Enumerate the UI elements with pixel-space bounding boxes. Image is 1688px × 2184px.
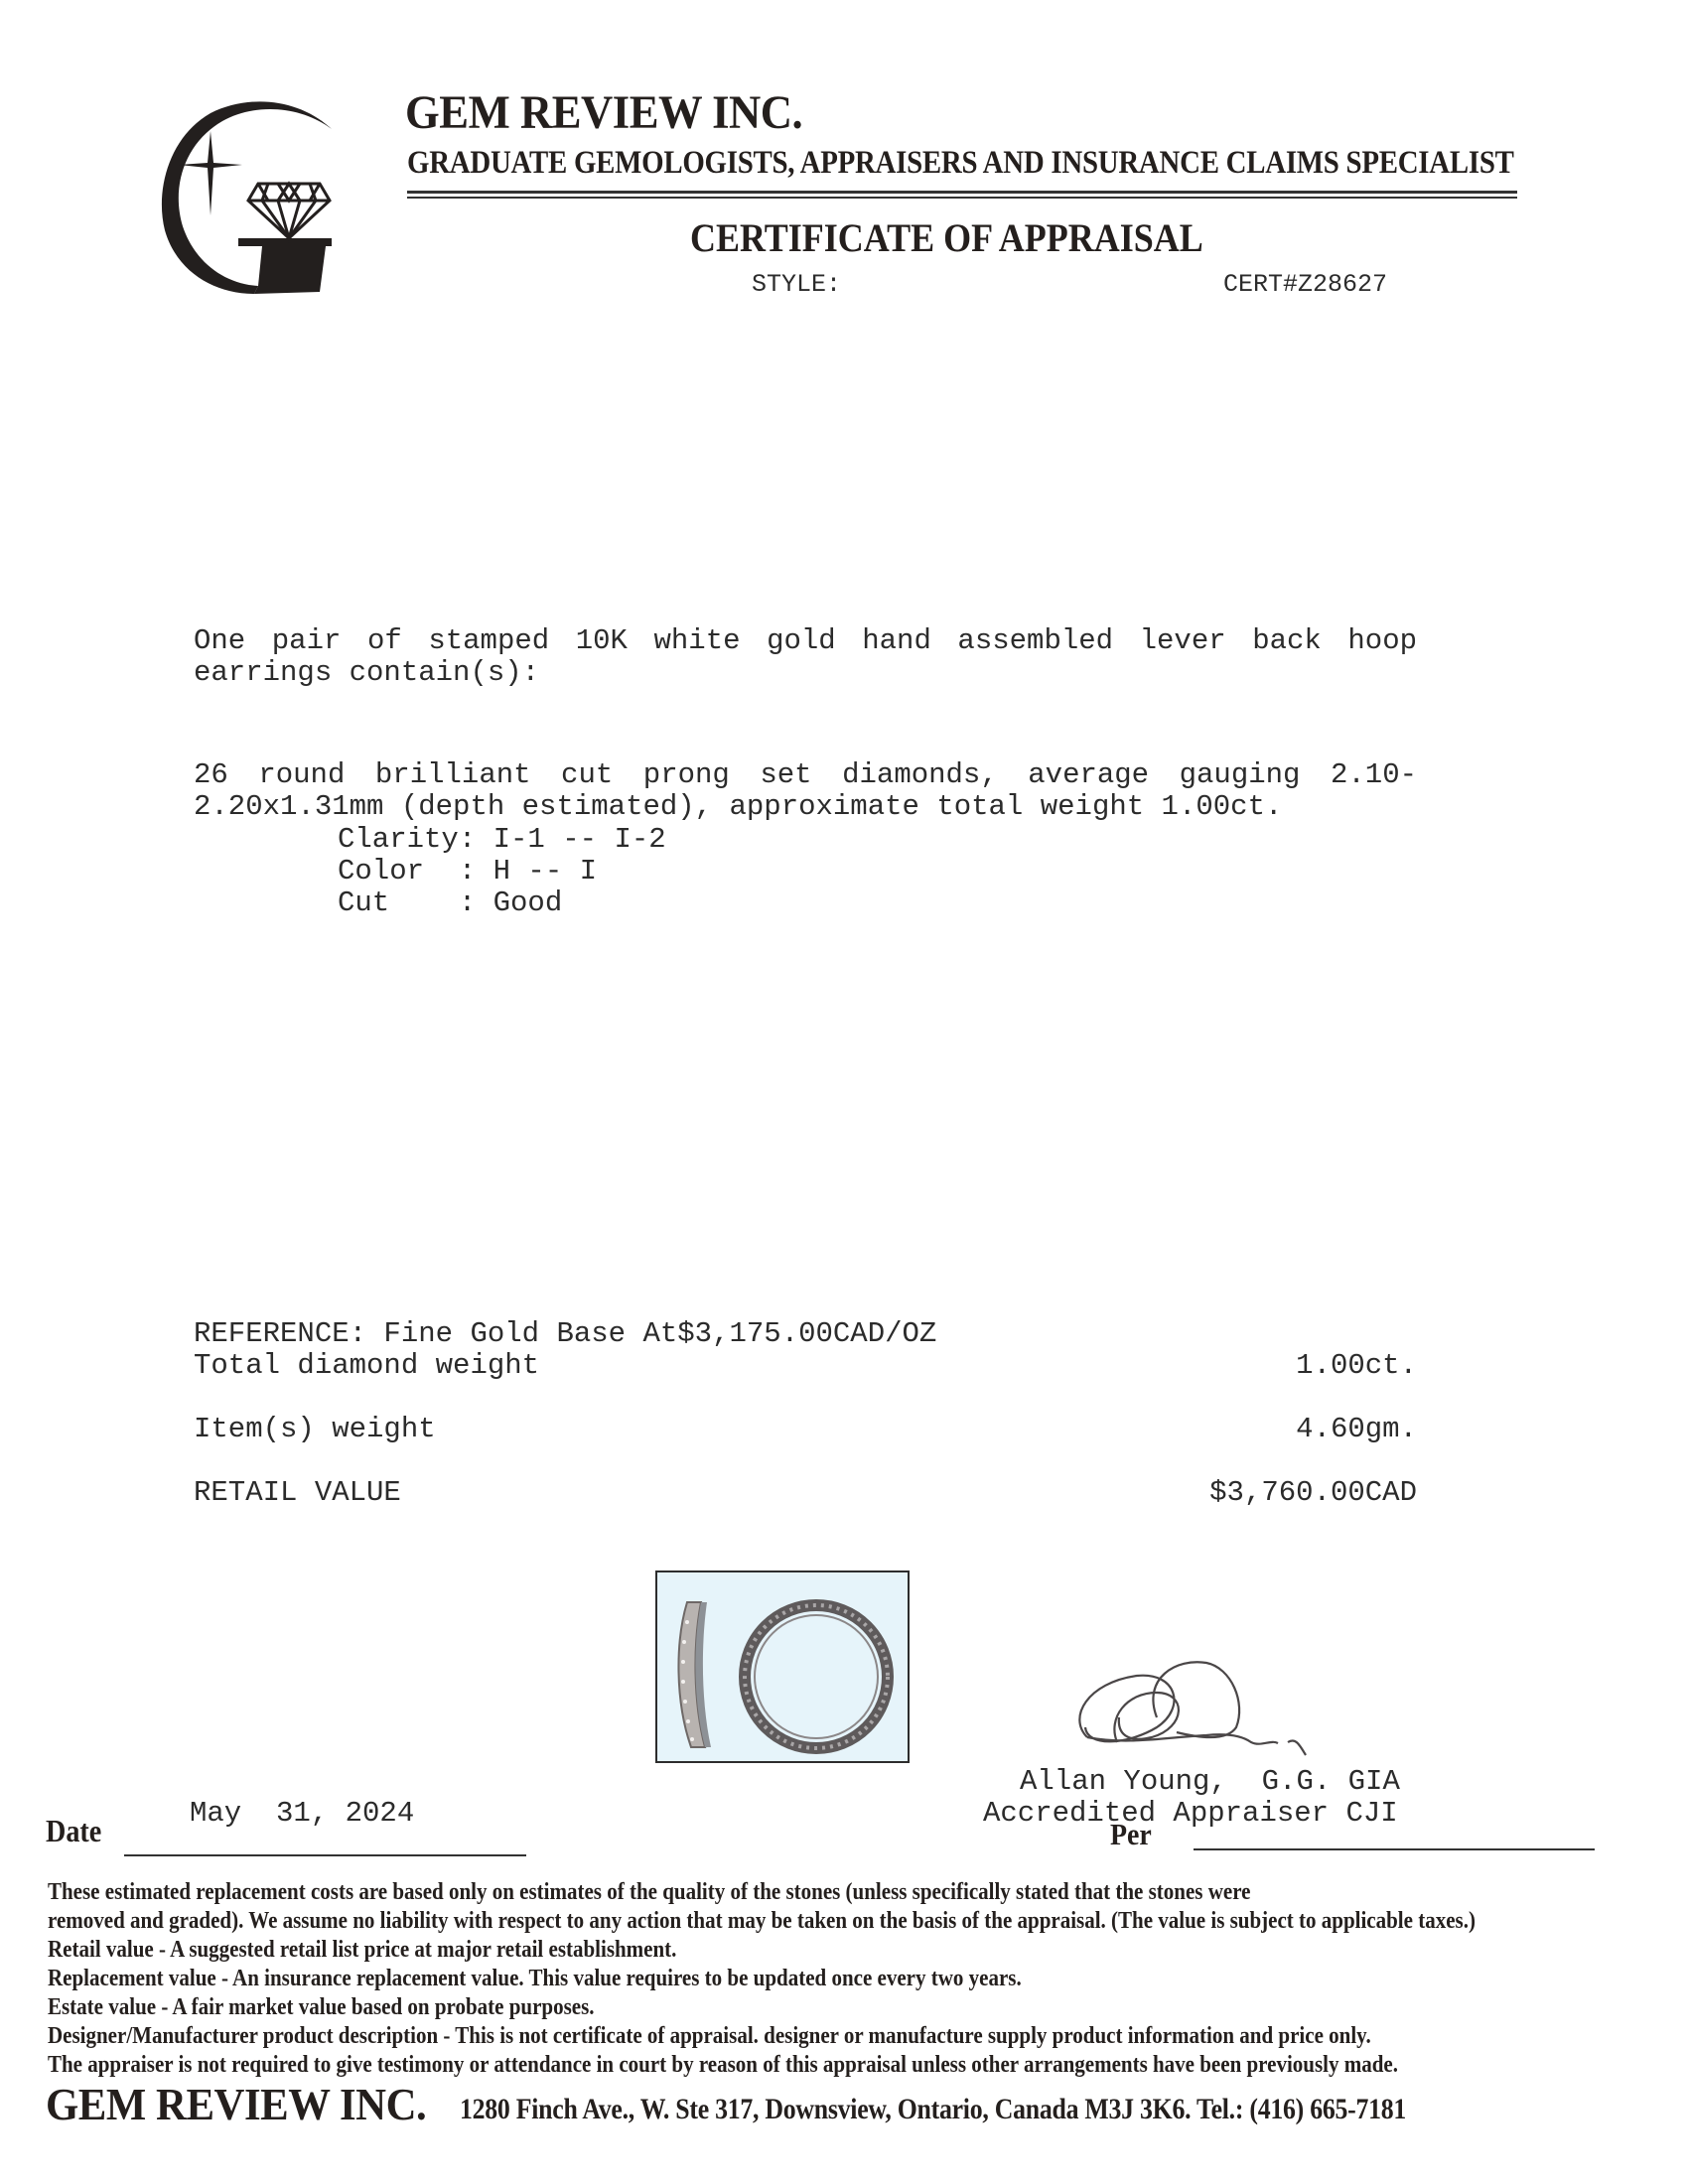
- diamond-description: 26 round brilliant cut prong set diamond…: [194, 759, 1417, 823]
- total-diamond-weight-label: Total diamond weight: [194, 1349, 539, 1382]
- color-grade: Color : H -- I: [338, 855, 597, 887]
- disclaimer-line: Estate value - A fair market value based…: [48, 1994, 594, 2020]
- hoop-earrings-image: [657, 1572, 908, 1761]
- disclaimer-line: Replacement value - An insurance replace…: [48, 1966, 1022, 1991]
- clarity-grade: Clarity: I-1 -- I-2: [338, 823, 666, 856]
- footer-company-name: GEM REVIEW INC.: [46, 2078, 426, 2130]
- style-label: STYLE:: [752, 270, 841, 299]
- disclaimer-line: The appraiser is not required to give te…: [48, 2052, 1398, 2078]
- appraisal-date: May 31, 2024: [190, 1797, 414, 1830]
- per-signature-line: [1194, 1848, 1595, 1850]
- appraiser-credential: Accredited Appraiser CJI: [983, 1797, 1398, 1830]
- retail-value-amount: $3,760.00CAD: [1209, 1476, 1417, 1509]
- footer-address: 1280 Finch Ave., W. Ste 317, Downsview, …: [460, 2093, 1406, 2126]
- gold-base-reference: REFERENCE: Fine Gold Base At$3,175.00CAD…: [194, 1317, 936, 1350]
- item-weight-label: Item(s) weight: [194, 1413, 436, 1445]
- company-tagline: GRADUATE GEMOLOGISTS, APPRAISERS AND INS…: [407, 145, 1514, 182]
- total-diamond-weight-value: 1.00ct.: [1296, 1349, 1417, 1382]
- per-label: Per: [1110, 1817, 1152, 1852]
- appraiser-signature: [1057, 1658, 1395, 1767]
- cert-number: CERT#Z28627: [1223, 270, 1387, 299]
- date-label: Date: [46, 1813, 101, 1849]
- disclaimer-line: These estimated replacement costs are ba…: [48, 1879, 1250, 1905]
- disclaimer-line: Designer/Manufacturer product descriptio…: [48, 2023, 1371, 2049]
- date-line: [124, 1854, 526, 1856]
- disclaimer-line: removed and graded). We assume no liabil…: [48, 1908, 1476, 1934]
- item-description: One pair of stamped 10K white gold hand …: [194, 625, 1417, 689]
- item-weight-value: 4.60gm.: [1296, 1413, 1417, 1445]
- appraiser-name: Allan Young, G.G. GIA: [1020, 1765, 1400, 1798]
- document-title: CERTIFICATE OF APPRAISAL: [690, 214, 1203, 261]
- header-double-rule: [407, 191, 1517, 199]
- gem-review-logo-icon: [151, 91, 340, 300]
- earrings-photo: [655, 1570, 910, 1763]
- cut-grade: Cut : Good: [338, 887, 562, 919]
- disclaimer-line: Retail value - A suggested retail list p…: [48, 1937, 676, 1963]
- retail-value-label: RETAIL VALUE: [194, 1476, 401, 1509]
- company-name: GEM REVIEW INC.: [405, 85, 802, 140]
